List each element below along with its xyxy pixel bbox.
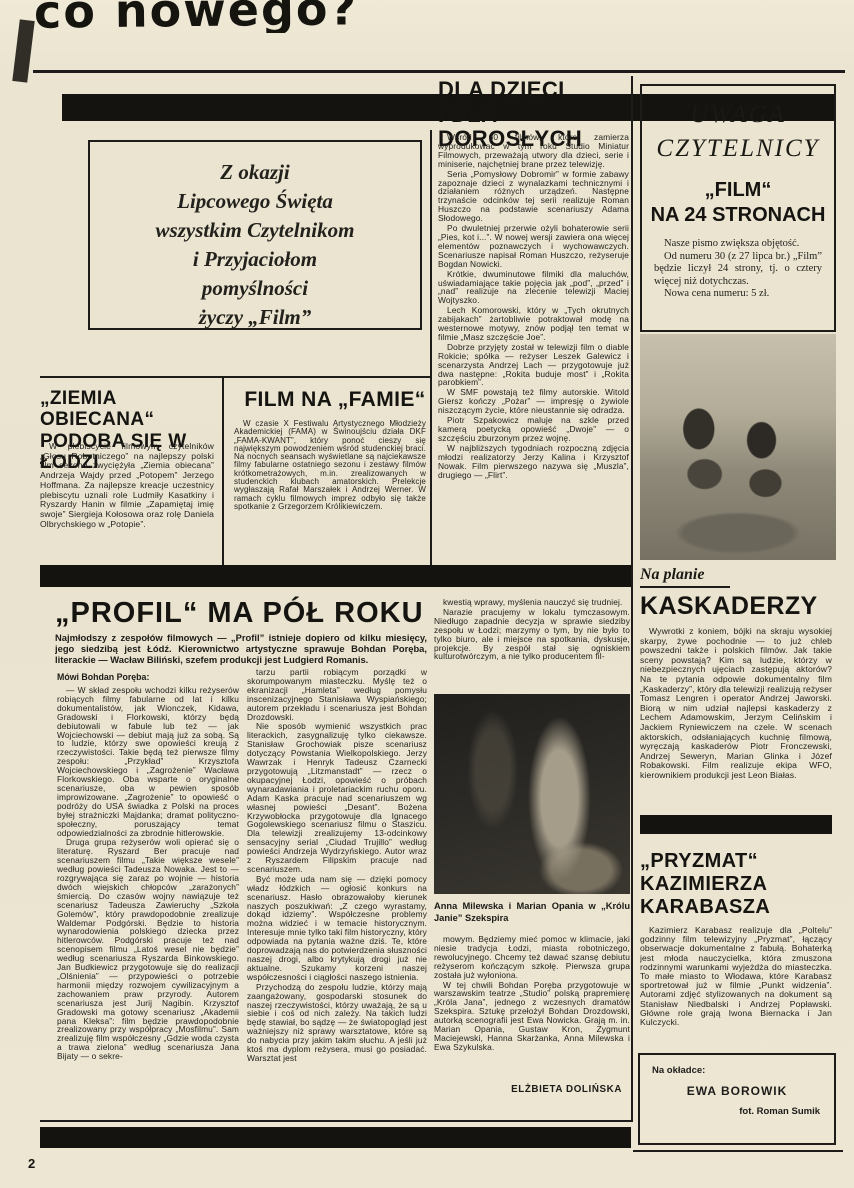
top-rule bbox=[33, 70, 845, 73]
photo-caption: Anna Milewska i Marian Opania w „Królu J… bbox=[434, 901, 630, 925]
title-line: KASKADERZY bbox=[640, 592, 832, 620]
title-line: DLA DZIECI bbox=[438, 78, 628, 103]
bottom-black-bar bbox=[40, 1127, 631, 1148]
greeting-box: Z okazji Lipcowego Święta wszystkim Czyt… bbox=[88, 140, 422, 330]
paragraph: Kazimierz Karabasz realizuje dla „Poltel… bbox=[640, 926, 832, 1027]
article-body-famie: W czasie X Festiwalu Artystycznego Młodz… bbox=[234, 420, 426, 562]
uwaga-subtitle: „FILM“ NA 24 STRONACH bbox=[642, 178, 834, 228]
page-number: 2 bbox=[28, 1156, 35, 1171]
title-line: UWAGA bbox=[642, 98, 834, 132]
scan-artifact bbox=[12, 19, 34, 82]
paragraph: Seria „Pomysłowy Dobromir” w formie zaba… bbox=[438, 170, 629, 223]
photo-stuntmen-horses bbox=[640, 334, 836, 560]
paragraph: W SMF powstają też filmy autorskie. Wito… bbox=[438, 388, 629, 415]
article-body-ziemia: W plebiscycie filmowym czytelników „Głos… bbox=[40, 442, 214, 560]
bottom-thin-rule bbox=[40, 1120, 631, 1122]
divider-left-middle bbox=[430, 130, 432, 565]
sidebar-bottom-rule bbox=[633, 1150, 843, 1152]
uwaga-box: UWAGA CZYTELNICY „FILM“ NA 24 STRONACH N… bbox=[640, 84, 836, 332]
paragraph: kwestią wprawy, myślenia nauczyć się tru… bbox=[434, 598, 630, 607]
paragraph: — W skład zespołu wchodzi kilku reżyseró… bbox=[57, 686, 239, 837]
profil-col3-top: kwestią wprawy, myślenia nauczyć się tru… bbox=[434, 598, 630, 690]
sidebar-divider-bar bbox=[640, 815, 832, 834]
paragraph: Piotr Szpakowicz maluje na szkle przed k… bbox=[438, 416, 629, 443]
profil-col1: — W skład zespołu wchodzi kilku reżyseró… bbox=[57, 686, 239, 1106]
paragraph: Od numeru 30 (z 27 lipca br.) „Film” będ… bbox=[654, 251, 822, 289]
masthead-clip: co nowego? bbox=[28, 0, 468, 33]
photo-krol-jan-theatre bbox=[434, 694, 630, 894]
article-body-pryzmat: Kazimierz Karabasz realizuje dla „Poltel… bbox=[640, 926, 832, 1042]
kaskaderzy-kicker-wrap: Na planie bbox=[640, 566, 730, 588]
paragraph: Krótkie, dwuminutowe filmiki dla maluchó… bbox=[438, 270, 629, 306]
paragraph: Lech Komorowski, który w „Tych okrutnych… bbox=[438, 306, 629, 342]
paragraph: W tej chwili Bohdan Poręba przygotowuje … bbox=[434, 981, 630, 1052]
cover-credit: fot. Roman Sumik bbox=[640, 1106, 820, 1117]
divider-ziemia-famie bbox=[222, 378, 224, 565]
title-line: „ZIEMIA OBIECANA“ bbox=[40, 388, 222, 431]
paragraph: Dobrze przyjęty został w telewizji film … bbox=[438, 343, 629, 388]
profil-lead: Najmłodszy z zespołów filmowych — „Profi… bbox=[55, 633, 427, 667]
greeting-line: życzy „Film” bbox=[90, 303, 420, 332]
uwaga-body: Nasze pismo zwiększa objętość. Od numeru… bbox=[654, 238, 822, 301]
profil-speaker: Mówi Bohdan Poręba: bbox=[57, 672, 149, 682]
uwaga-title: UWAGA CZYTELNICY bbox=[642, 98, 834, 166]
greeting-line: i Przyjaciołom bbox=[90, 245, 420, 274]
profil-col3-bottom: mowym. Będziemy mieć pomoc w klimacie, j… bbox=[434, 935, 630, 1077]
magazine-page: co nowego? Z okazji Lipcowego Święta wsz… bbox=[0, 0, 854, 1188]
paragraph: Narazie pracujemy w lokalu tymczasowym. … bbox=[434, 608, 630, 661]
title-line: KARABASZA bbox=[640, 896, 832, 919]
title-line: „PRYZMAT“ bbox=[640, 850, 832, 873]
article-body-kaskaderzy: Wywrotki z koniem, bójki na skraju wysok… bbox=[640, 627, 832, 807]
paragraph: W plebiscycie filmowym czytelników „Głos… bbox=[40, 442, 214, 529]
section-divider-bar bbox=[40, 565, 631, 587]
paragraph: W najbliższych tygodniach rozpoczną zdję… bbox=[438, 444, 629, 480]
article-title-pryzmat: „PRYZMAT“ KAZIMIERZA KARABASZA bbox=[640, 850, 832, 919]
title-line: FILM NA „FAMIE“ bbox=[240, 388, 430, 412]
title-line: „PROFIL“ MA PÓŁ ROKU bbox=[55, 597, 435, 629]
article-title-kaskaderzy: KASKADERZY bbox=[640, 592, 832, 620]
paragraph: Przychodzą do zespołu ludzie, którzy maj… bbox=[247, 983, 427, 1063]
rule-above-ziemia bbox=[40, 376, 430, 378]
greeting-line: pomyślności bbox=[90, 274, 420, 303]
paragraph: Nasze pismo zwiększa objętość. bbox=[654, 238, 822, 251]
byline: ELŻBIETA DOLIŃSKA bbox=[434, 1084, 622, 1095]
paragraph: Być może uda nam się — dzięki pomocy wła… bbox=[247, 875, 427, 982]
article-title-famie: FILM NA „FAMIE“ bbox=[240, 388, 430, 412]
cover-label: Na okładce: bbox=[652, 1065, 834, 1076]
paragraph: Wywrotki z koniem, bójki na skraju wysok… bbox=[640, 627, 832, 781]
greeting-line: wszystkim Czytelnikom bbox=[90, 216, 420, 245]
masthead-title: co nowego? bbox=[34, 0, 359, 33]
paragraph: Nie sposób wymienić wszystkich prac lite… bbox=[247, 722, 427, 873]
paragraph: mowym. Będziemy mieć pomoc w klimacie, j… bbox=[434, 935, 630, 980]
greeting-text: Z okazji Lipcowego Święta wszystkim Czyt… bbox=[90, 158, 420, 332]
kicker-na-planie: Na planie bbox=[640, 566, 730, 588]
cover-box: Na okładce: EWA BOROWIK fot. Roman Sumik bbox=[638, 1053, 836, 1145]
greeting-line: Lipcowego Święta bbox=[90, 187, 420, 216]
title-line: CZYTELNICY bbox=[642, 132, 834, 166]
paragraph: W czasie X Festiwalu Artystycznego Młodz… bbox=[234, 420, 426, 511]
paragraph: Druga grupa reżyserów woli opierać się o… bbox=[57, 838, 239, 1061]
title-line: KAZIMIERZA bbox=[640, 873, 832, 896]
subtitle-line: „FILM“ bbox=[642, 178, 834, 203]
subtitle-line: NA 24 STRONACH bbox=[642, 203, 834, 228]
cover-name: EWA BOROWIK bbox=[640, 1084, 834, 1098]
paragraph: Wśród 60 filmów, które zamierza wyproduk… bbox=[438, 133, 629, 169]
article-body-dla-dzieci: Wśród 60 filmów, które zamierza wyproduk… bbox=[438, 133, 629, 563]
paragraph: tarzu partii robiącym porządki w skorump… bbox=[247, 668, 427, 721]
article-title-profil: „PROFIL“ MA PÓŁ ROKU bbox=[55, 597, 435, 629]
greeting-line: Z okazji bbox=[90, 158, 420, 187]
paragraph: Po dwuletniej przerwie ożyli bohaterowie… bbox=[438, 224, 629, 269]
paragraph: Nowa cena numeru: 5 zł. bbox=[654, 288, 822, 301]
divider-middle-right bbox=[631, 76, 633, 1122]
profil-col2: tarzu partii robiącym porządki w skorump… bbox=[247, 668, 427, 1108]
